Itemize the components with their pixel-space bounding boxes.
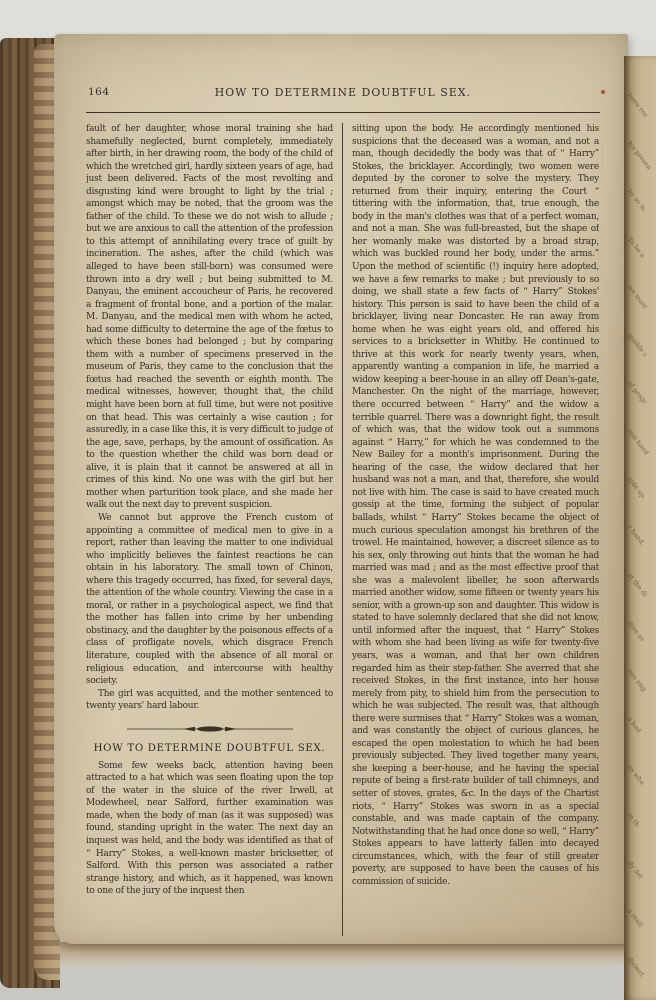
text-columns: fault of her daughter, whose moral train…: [86, 123, 600, 936]
text-fragment: been rec: [626, 92, 649, 118]
text-fragment: To be a: [626, 236, 649, 262]
text-fragment: s reall: [626, 908, 649, 934]
header-rule: [86, 112, 600, 113]
left-column: fault of her daughter, whose moral train…: [86, 123, 333, 936]
paragraph: Some few weeks back, attention having be…: [86, 760, 333, 898]
text-fragment: es whe: [626, 764, 649, 790]
column-divider-rule: [342, 123, 343, 936]
article-heading: HOW TO DETERMINE DOUBTFUL SEX.: [86, 743, 333, 754]
text-fragment: at the di: [626, 572, 649, 598]
text-fragment: one hand: [626, 428, 649, 454]
next-page-text-fragments: been rechis presenby so mTo be awe mustq…: [624, 56, 656, 962]
page-header: 164 HOW TO DETERMINE DOUBTFUL SEX.: [86, 86, 600, 102]
text-fragment: s had: [626, 716, 649, 742]
text-fragment: of progr: [626, 380, 649, 406]
text-fragment: ily det: [626, 860, 649, 886]
text-fragment: by so m: [626, 188, 649, 214]
text-fragment: in th: [626, 812, 649, 838]
paragraph: sitting upon the body. He accordingly me…: [352, 123, 599, 888]
paragraph: fault of her daughter, whose moral train…: [86, 123, 333, 512]
right-column: sitting upon the body. He accordingly me…: [352, 123, 599, 936]
text-fragment: nes mig: [626, 668, 649, 694]
page-stack-bottom-edge: [44, 942, 626, 968]
text-fragment: ities as: [626, 620, 649, 646]
text-fragment: dicient: [626, 956, 649, 982]
text-fragment: quable c: [626, 332, 649, 358]
text-fragment: cide up: [626, 476, 649, 502]
next-page-curled-edge: been rechis presenby so mTo be awe mustq…: [624, 56, 656, 1000]
book-page: 164 HOW TO DETERMINE DOUBTFUL SEX. fault…: [54, 34, 628, 944]
paragraph: The girl was acquitted, and the mother s…: [86, 688, 333, 713]
red-speck-stain: [601, 90, 605, 94]
running-title: HOW TO DETERMINE DOUBTFUL SEX.: [86, 86, 600, 99]
text-fragment: his presen: [626, 140, 649, 166]
paragraph: We cannot but approve the French custom …: [86, 512, 333, 688]
text-fragment: r hand,: [626, 524, 649, 550]
article-divider-ornament: [125, 723, 295, 735]
text-fragment: we must: [626, 284, 649, 310]
